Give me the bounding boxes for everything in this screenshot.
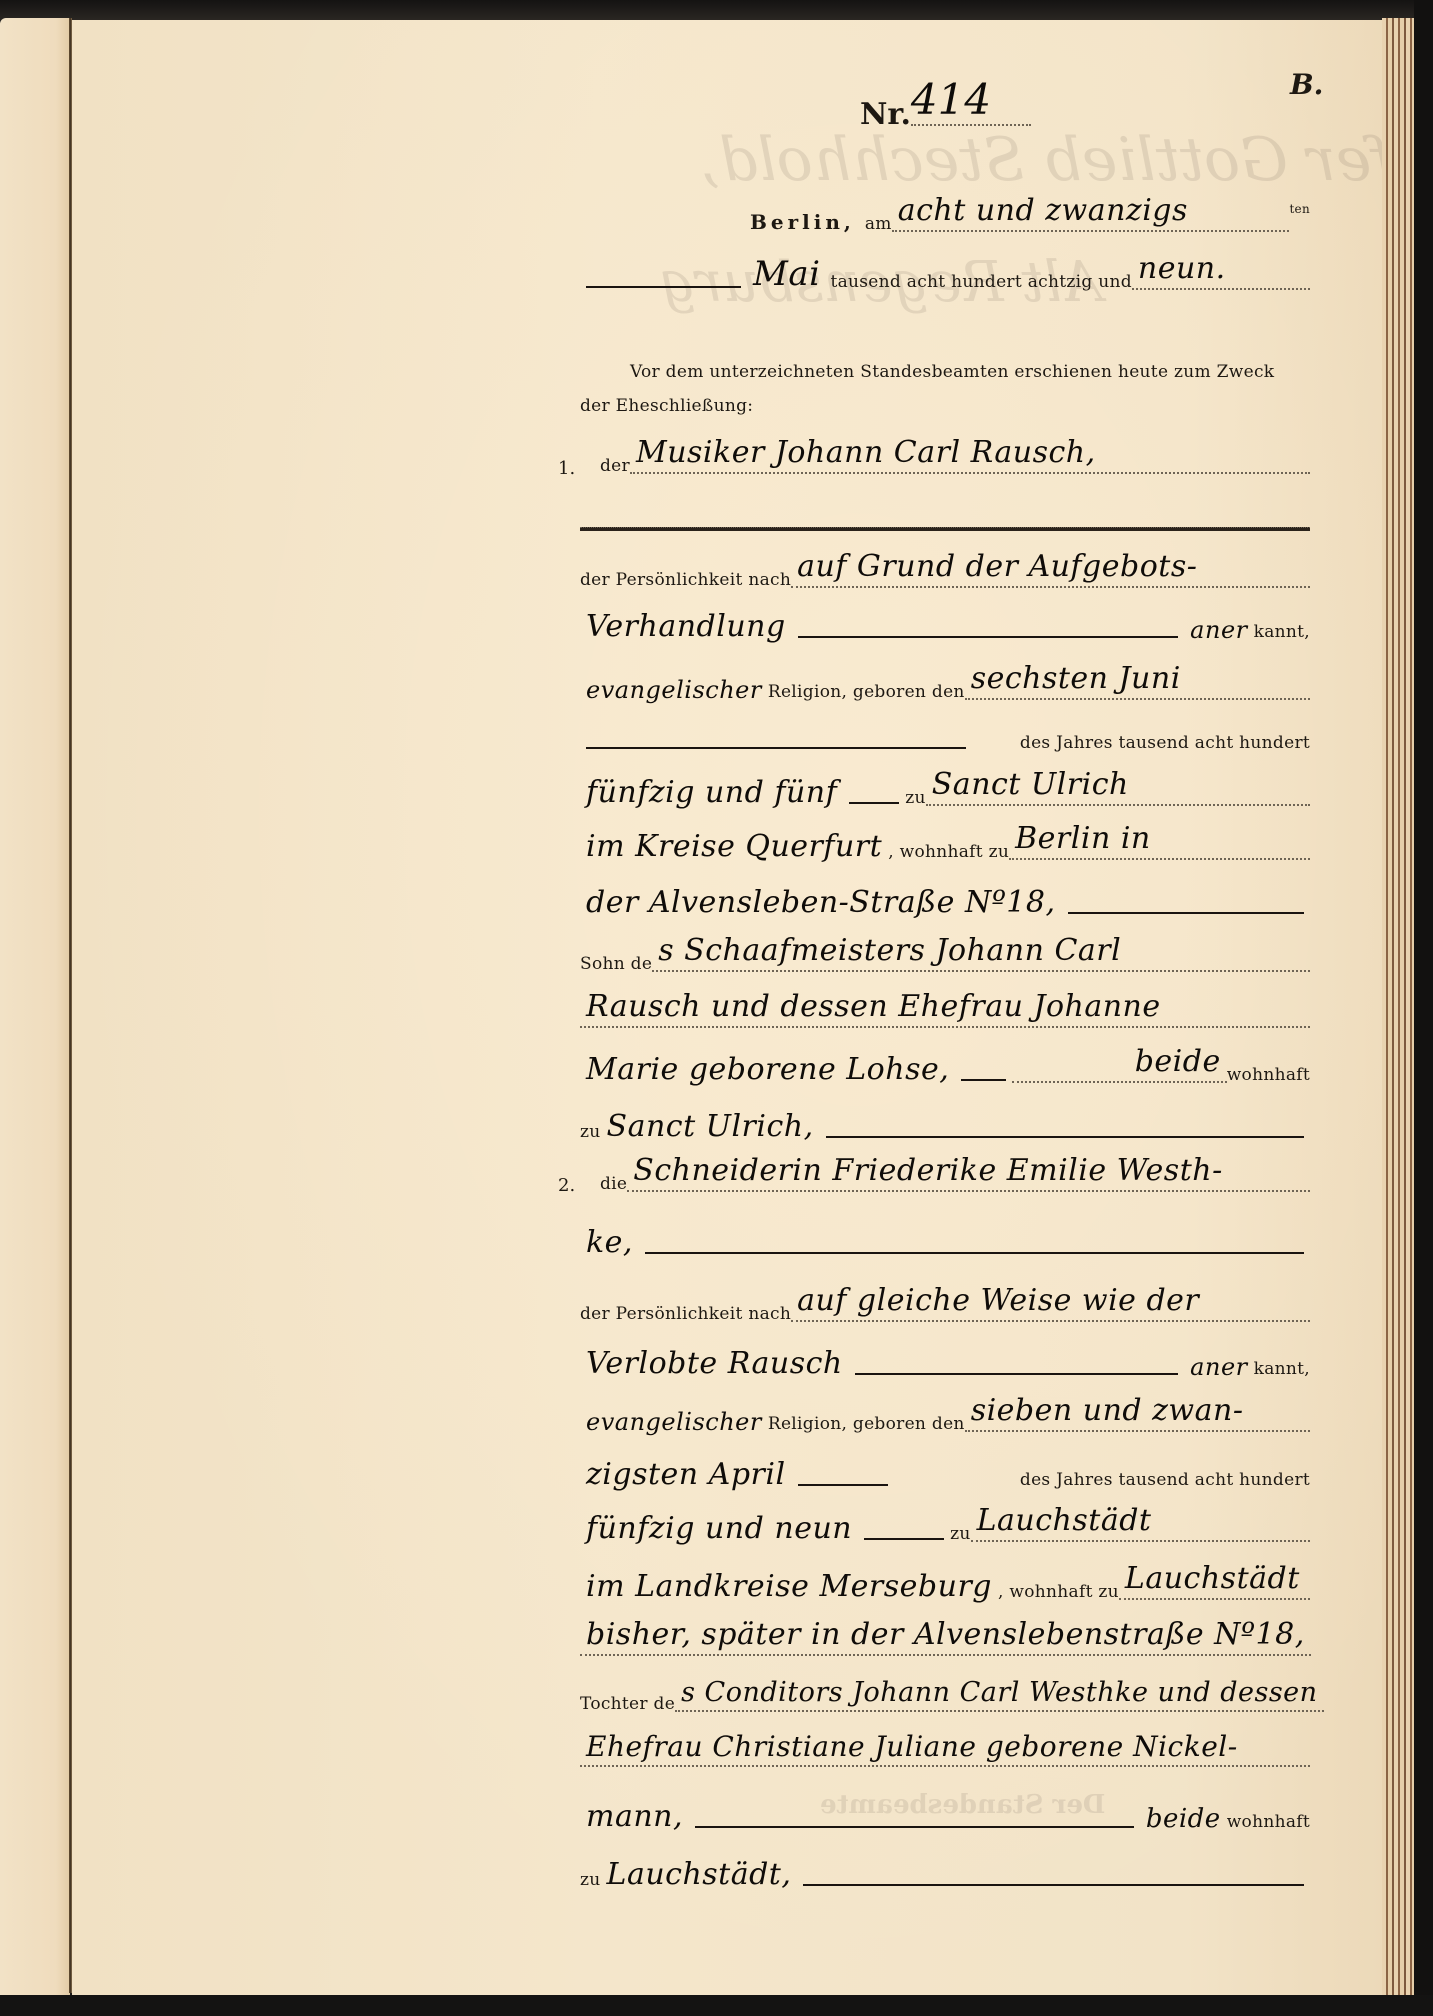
- entry-number-row: Nr. 414: [860, 92, 1160, 132]
- date-am-label: am: [865, 214, 892, 238]
- intro-row-2: der Eheschließung:: [580, 380, 1310, 420]
- day-handwritten: acht und zwanzigs: [892, 193, 1194, 230]
- person1-number: 1.: [558, 458, 575, 479]
- place-printed: Berlin,: [750, 210, 855, 238]
- person1-birth-year-row: fünfzig und fünf zu Sanct Ulrich: [580, 772, 1310, 812]
- person1-birth-year-label-row: des Jahres tausend acht hundert: [580, 717, 1310, 757]
- person2-both-wohnhaft: wohnhaft: [1227, 1812, 1310, 1836]
- page-edges-stack: [1382, 18, 1414, 1995]
- person2-birth-year: fünfzig und neun: [580, 1511, 858, 1548]
- person2-parents-label: Tochter de: [580, 1694, 675, 1718]
- person2-residence-label: , wohnhaft zu: [998, 1582, 1119, 1606]
- person1-parents-row-2: Rausch und dessen Ehefrau Johanne: [580, 994, 1310, 1034]
- person2-birthplace: Lauchstädt: [971, 1503, 1158, 1540]
- person2-birth-year-row: fünfzig und neun zu Lauchstädt: [580, 1508, 1310, 1548]
- background-edge: [1414, 0, 1433, 2016]
- person1-identity-row-1: der Persönlichkeit nach auf Grund der Au…: [580, 554, 1310, 594]
- person1-religion: evangelischer: [580, 676, 768, 706]
- person1-birth-year: fünfzig und fünf: [580, 775, 843, 812]
- date-row-1: Berlin, am acht und zwanzigs ten: [750, 198, 1310, 238]
- person1-parents-line2: Rausch und dessen Ehefrau Johanne: [580, 989, 1167, 1026]
- person1-name-row: der Musiker Johann Carl Rausch,: [600, 440, 1310, 480]
- person2-identity-1: auf gleiche Weise wie der: [791, 1283, 1205, 1320]
- person1-parents-label: Sohn de: [580, 954, 652, 978]
- person2-mother-1: Ehefrau Christiane Juliane geborene Nick…: [580, 1730, 1244, 1765]
- person1-mother: Marie geborene Lohse,: [580, 1052, 955, 1089]
- person2-residence-line2: bisher, später in der Alvenslebenstraße …: [580, 1617, 1311, 1654]
- person1-mother-row: Marie geborene Lohse, beide wohnhaft: [580, 1049, 1310, 1089]
- entry-number-value: 414: [911, 75, 991, 124]
- person2-birth-year-label: des Jahres tausend acht hundert: [1020, 1470, 1310, 1494]
- person2-residence-row-2: bisher, später in der Alvenslebenstraße …: [580, 1622, 1310, 1662]
- person1-identity-row-2: Verhandlung aner kannt,: [580, 606, 1310, 646]
- person2-district-row: im Landkreise Merseburg , wohnhaft zu La…: [580, 1566, 1310, 1606]
- person1-both: beide: [1129, 1044, 1227, 1081]
- separator-rule: [580, 527, 1310, 531]
- person1-article: der: [600, 456, 630, 480]
- year-handwritten: neun.: [1132, 251, 1232, 288]
- person2-residence: Lauchstädt: [1119, 1561, 1306, 1598]
- left-page-edge: [0, 18, 70, 1996]
- person2-birthplace-label: zu: [950, 1524, 971, 1548]
- person1-district-row: im Kreise Querfurt , wohnhaft zu Berlin …: [580, 826, 1310, 866]
- person2-identity-2: Verlobte Rausch: [580, 1346, 849, 1383]
- person2-identity-tail: aner: [1184, 1353, 1253, 1383]
- person1-religion-label: Religion, geboren den: [768, 682, 965, 706]
- person2-district: im Landkreise Merseburg: [580, 1569, 998, 1606]
- person1-father-row: Sohn de s Schaafmeisters Johann Carl: [580, 938, 1310, 978]
- intro-text-2: der Eheschließung:: [580, 396, 753, 420]
- person1-identity-1: auf Grund der Aufgebots-: [791, 549, 1203, 586]
- person2-identity-row-2: Verlobte Rausch aner kannt,: [580, 1343, 1310, 1383]
- person1-parents-residence-label: zu: [580, 1122, 601, 1146]
- person1-residence-label: , wohnhaft zu: [888, 842, 1009, 866]
- person2-mother-row-2: mann, beide wohnhaft: [580, 1796, 1310, 1836]
- person2-father-row: Tochter de s Conditors Johann Carl Westh…: [580, 1678, 1310, 1718]
- person1-parents-residence-row: zu Sanct Ulrich,: [580, 1106, 1310, 1146]
- person1-identity-label: der Persönlichkeit nach: [580, 570, 791, 594]
- person1-birthplace: Sanct Ulrich: [926, 767, 1135, 804]
- person1-street: der Alvensleben-Straße Nº18,: [580, 885, 1062, 922]
- marriage-record-form: Nr. 414 Berlin, am acht und zwanzigs ten…: [580, 0, 1310, 2016]
- person2-number: 2.: [558, 1175, 575, 1196]
- person2-religion-label: Religion, geboren den: [768, 1414, 965, 1438]
- year-printed: tausend acht hundert achtzig und: [830, 272, 1131, 296]
- person2-name-1: Schneiderin Friederike Emilie Westh-: [627, 1153, 1228, 1190]
- person1-birth-year-label: des Jahres tausend acht hundert: [1020, 733, 1310, 757]
- person2-birth-day-row-2: zigsten April des Jahres tausend acht hu…: [580, 1454, 1310, 1494]
- entry-number-label: Nr.: [860, 97, 911, 132]
- day-suffix: ten: [1289, 202, 1310, 220]
- person1-birthplace-label: zu: [905, 788, 926, 812]
- month-handwritten: Mai: [747, 254, 826, 296]
- person1-parents-residence: Sanct Ulrich,: [601, 1109, 820, 1146]
- person1-birth-day: sechsten Juni: [965, 661, 1187, 698]
- person2-birth-day-2: zigsten April: [580, 1457, 792, 1494]
- date-row-2: Mai tausend acht hundert achtzig und neu…: [580, 256, 1310, 296]
- person1-identity-tail: aner: [1184, 616, 1253, 646]
- person2-name-row-1: die Schneiderin Friederike Emilie Westh-: [600, 1158, 1310, 1198]
- person2-parents-residence: Lauchstädt,: [601, 1857, 798, 1894]
- person2-identity-label: der Persönlichkeit nach: [580, 1304, 791, 1328]
- person2-parents-residence-row: zu Lauchstädt,: [580, 1854, 1310, 1894]
- person1-district: im Kreise Querfurt: [580, 829, 888, 866]
- person1-religion-row: evangelischer Religion, geboren den sech…: [580, 666, 1310, 706]
- person2-religion-row: evangelischer Religion, geboren den sieb…: [580, 1398, 1310, 1438]
- person2-father: s Conditors Johann Carl Westhke und dess…: [675, 1677, 1323, 1710]
- person1-father: s Schaafmeisters Johann Carl: [652, 933, 1127, 970]
- person2-both: beide: [1140, 1804, 1227, 1836]
- person2-birth-day-1: sieben und zwan-: [965, 1393, 1250, 1430]
- person1-residence: Berlin in: [1009, 821, 1157, 858]
- person2-religion: evangelischer: [580, 1408, 768, 1438]
- person1-name: Musiker Johann Carl Rausch,: [630, 435, 1102, 472]
- person1-identity-kannt: kannt,: [1254, 622, 1310, 646]
- person2-name-2: ke,: [580, 1225, 639, 1262]
- person2-parents-residence-label: zu: [580, 1870, 601, 1894]
- person2-mother-row-1: Ehefrau Christiane Juliane geborene Nick…: [580, 1733, 1310, 1773]
- person2-mother-2: mann,: [580, 1799, 689, 1836]
- person1-street-row: der Alvensleben-Straße Nº18,: [580, 882, 1310, 922]
- person2-name-row-2: ke,: [580, 1222, 1310, 1262]
- person2-identity-kannt: kannt,: [1254, 1359, 1310, 1383]
- person2-article: die: [600, 1174, 627, 1198]
- person1-identity-2: Verhandlung: [580, 609, 792, 646]
- person2-identity-row-1: der Persönlichkeit nach auf gleiche Weis…: [580, 1288, 1310, 1328]
- person1-both-wohnhaft: wohnhaft: [1227, 1065, 1310, 1089]
